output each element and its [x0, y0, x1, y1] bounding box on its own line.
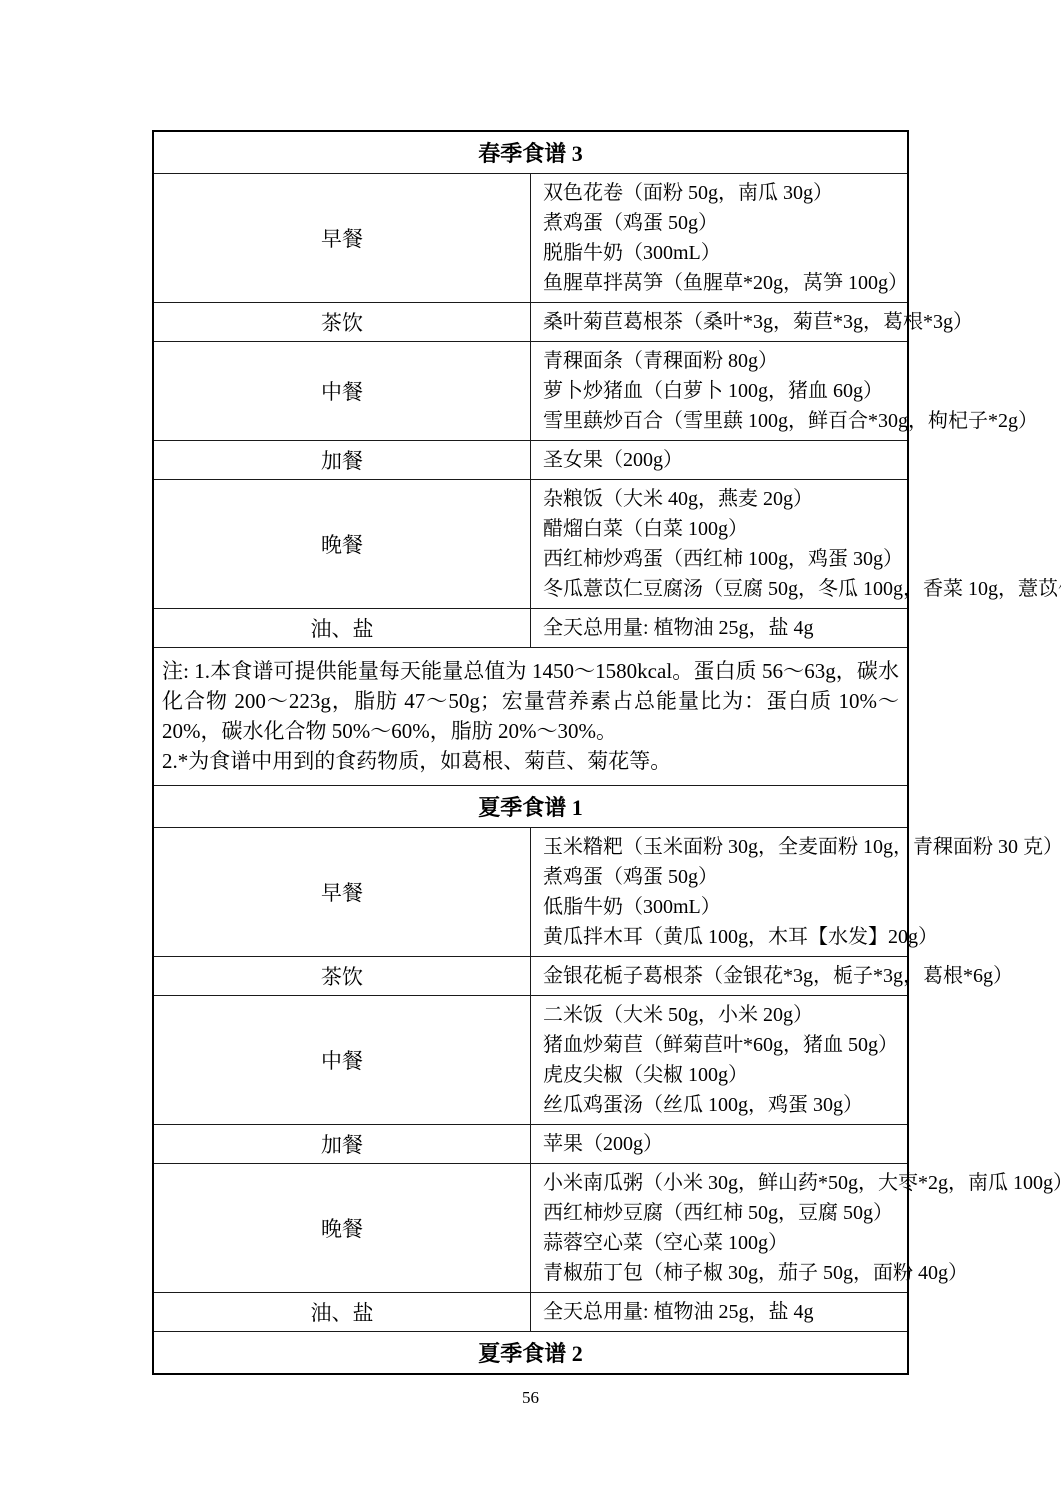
meal-content-cell: 玉米糌粑（玉米面粉 30g，全麦面粉 10g，青稞面粉 30 克）煮鸡蛋（鸡蛋 …	[531, 828, 909, 957]
dish-line: 桑叶菊苣葛根茶（桑叶*3g，菊苣*3g，葛根*3g）	[543, 307, 903, 337]
recipe-table: 春季食谱 3早餐双色花卷（面粉 50g，南瓜 30g）煮鸡蛋（鸡蛋 50g）脱脂…	[152, 130, 909, 1375]
dish-line: 虎皮尖椒（尖椒 100g）	[543, 1060, 903, 1090]
table-row: 油、盐全天总用量: 植物油 25g，盐 4g	[153, 609, 908, 648]
dish-line: 西红柿炒豆腐（西红柿 50g，豆腐 50g）	[543, 1198, 903, 1228]
dish-line: 西红柿炒鸡蛋（西红柿 100g，鸡蛋 30g）	[543, 544, 903, 574]
dish-line: 萝卜炒猪血（白萝卜 100g，猪血 60g）	[543, 376, 903, 406]
dish-line: 煮鸡蛋（鸡蛋 50g）	[543, 862, 903, 892]
table-row: 油、盐全天总用量: 植物油 25g，盐 4g	[153, 1293, 908, 1332]
dish-line: 金银花栀子葛根茶（金银花*3g，栀子*3g，葛根*6g）	[543, 961, 903, 991]
meal-content-cell: 二米饭（大米 50g，小米 20g）猪血炒菊苣（鲜菊苣叶*60g，猪血 50g）…	[531, 996, 909, 1125]
dish-line: 玉米糌粑（玉米面粉 30g，全麦面粉 10g，青稞面粉 30 克）	[543, 832, 903, 862]
document-page: 春季食谱 3早餐双色花卷（面粉 50g，南瓜 30g）煮鸡蛋（鸡蛋 50g）脱脂…	[0, 0, 1061, 1500]
table-row: 中餐青稞面条（青稞面粉 80g）萝卜炒猪血（白萝卜 100g，猪血 60g）雪里…	[153, 342, 908, 441]
meal-content-cell: 青稞面条（青稞面粉 80g）萝卜炒猪血（白萝卜 100g，猪血 60g）雪里蕻炒…	[531, 342, 909, 441]
meal-label: 晚餐	[153, 480, 531, 609]
dish-line: 丝瓜鸡蛋汤（丝瓜 100g，鸡蛋 30g）	[543, 1090, 903, 1120]
meal-content-cell: 全天总用量: 植物油 25g，盐 4g	[531, 1293, 909, 1332]
dish-line: 煮鸡蛋（鸡蛋 50g）	[543, 208, 903, 238]
meal-label: 早餐	[153, 828, 531, 957]
table-row: 春季食谱 3	[153, 131, 908, 174]
note-cell: 注: 1.本食谱可提供能量每天能量总值为 1450～1580kcal。蛋白质 5…	[153, 648, 908, 786]
dish-line: 小米南瓜粥（小米 30g，鲜山药*50g，大枣*2g，南瓜 100g）	[543, 1168, 903, 1198]
meal-content-cell: 双色花卷（面粉 50g，南瓜 30g）煮鸡蛋（鸡蛋 50g）脱脂牛奶（300mL…	[531, 174, 909, 303]
dish-line: 全天总用量: 植物油 25g，盐 4g	[543, 1297, 903, 1327]
meal-label: 晚餐	[153, 1164, 531, 1293]
dish-line: 二米饭（大米 50g，小米 20g）	[543, 1000, 903, 1030]
meal-content-cell: 桑叶菊苣葛根茶（桑叶*3g，菊苣*3g，葛根*3g）	[531, 303, 909, 342]
table-row: 夏季食谱 1	[153, 786, 908, 828]
meal-label: 茶饮	[153, 303, 531, 342]
recipe-table-body: 春季食谱 3早餐双色花卷（面粉 50g，南瓜 30g）煮鸡蛋（鸡蛋 50g）脱脂…	[153, 131, 908, 1374]
dish-line: 圣女果（200g）	[543, 445, 903, 475]
meal-content-cell: 苹果（200g）	[531, 1125, 909, 1164]
meal-label: 油、盐	[153, 609, 531, 648]
recipe-section-title: 夏季食谱 1	[153, 786, 908, 828]
table-row: 中餐二米饭（大米 50g，小米 20g）猪血炒菊苣（鲜菊苣叶*60g，猪血 50…	[153, 996, 908, 1125]
table-row: 早餐双色花卷（面粉 50g，南瓜 30g）煮鸡蛋（鸡蛋 50g）脱脂牛奶（300…	[153, 174, 908, 303]
table-row: 加餐圣女果（200g）	[153, 441, 908, 480]
meal-label: 茶饮	[153, 957, 531, 996]
recipe-section-title: 夏季食谱 2	[153, 1332, 908, 1375]
meal-content-cell: 杂粮饭（大米 40g，燕麦 20g）醋熘白菜（白菜 100g）西红柿炒鸡蛋（西红…	[531, 480, 909, 609]
table-row: 茶饮桑叶菊苣葛根茶（桑叶*3g，菊苣*3g，葛根*3g）	[153, 303, 908, 342]
dish-line: 苹果（200g）	[543, 1129, 903, 1159]
table-row: 晚餐小米南瓜粥（小米 30g，鲜山药*50g，大枣*2g，南瓜 100g）西红柿…	[153, 1164, 908, 1293]
dish-line: 蒜蓉空心菜（空心菜 100g）	[543, 1228, 903, 1258]
meal-content-cell: 金银花栀子葛根茶（金银花*3g，栀子*3g，葛根*6g）	[531, 957, 909, 996]
meal-label: 中餐	[153, 996, 531, 1125]
meal-label: 加餐	[153, 441, 531, 480]
meal-content-cell: 圣女果（200g）	[531, 441, 909, 480]
meal-label: 中餐	[153, 342, 531, 441]
table-row: 注: 1.本食谱可提供能量每天能量总值为 1450～1580kcal。蛋白质 5…	[153, 648, 908, 786]
meal-content-cell: 全天总用量: 植物油 25g，盐 4g	[531, 609, 909, 648]
meal-content-cell: 小米南瓜粥（小米 30g，鲜山药*50g，大枣*2g，南瓜 100g）西红柿炒豆…	[531, 1164, 909, 1293]
dish-line: 双色花卷（面粉 50g，南瓜 30g）	[543, 178, 903, 208]
dish-line: 鱼腥草拌莴笋（鱼腥草*20g，莴笋 100g）	[543, 268, 903, 298]
dish-line: 猪血炒菊苣（鲜菊苣叶*60g，猪血 50g）	[543, 1030, 903, 1060]
meal-label: 油、盐	[153, 1293, 531, 1332]
table-row: 加餐苹果（200g）	[153, 1125, 908, 1164]
meal-label: 早餐	[153, 174, 531, 303]
dish-line: 醋熘白菜（白菜 100g）	[543, 514, 903, 544]
dish-line: 低脂牛奶（300mL）	[543, 892, 903, 922]
dish-line: 雪里蕻炒百合（雪里蕻 100g，鲜百合*30g，枸杞子*2g）	[543, 406, 903, 436]
page-number: 56	[0, 1388, 1061, 1408]
dish-line: 脱脂牛奶（300mL）	[543, 238, 903, 268]
dish-line: 青椒茄丁包（柿子椒 30g，茄子 50g，面粉 40g）	[543, 1258, 903, 1288]
dish-line: 冬瓜薏苡仁豆腐汤（豆腐 50g，冬瓜 100g，香菜 10g，薏苡仁*9g）	[543, 574, 903, 604]
dish-line: 黄瓜拌木耳（黄瓜 100g，木耳【水发】20g）	[543, 922, 903, 952]
note-paragraph: 2.*为食谱中用到的食药物质，如葛根、菊苣、菊花等。	[162, 746, 899, 776]
table-row: 早餐玉米糌粑（玉米面粉 30g，全麦面粉 10g，青稞面粉 30 克）煮鸡蛋（鸡…	[153, 828, 908, 957]
recipe-section-title: 春季食谱 3	[153, 131, 908, 174]
dish-line: 杂粮饭（大米 40g，燕麦 20g）	[543, 484, 903, 514]
note-paragraph: 注: 1.本食谱可提供能量每天能量总值为 1450～1580kcal。蛋白质 5…	[162, 656, 899, 746]
dish-line: 全天总用量: 植物油 25g，盐 4g	[543, 613, 903, 643]
table-row: 茶饮金银花栀子葛根茶（金银花*3g，栀子*3g，葛根*6g）	[153, 957, 908, 996]
meal-label: 加餐	[153, 1125, 531, 1164]
table-row: 晚餐杂粮饭（大米 40g，燕麦 20g）醋熘白菜（白菜 100g）西红柿炒鸡蛋（…	[153, 480, 908, 609]
dish-line: 青稞面条（青稞面粉 80g）	[543, 346, 903, 376]
table-row: 夏季食谱 2	[153, 1332, 908, 1375]
